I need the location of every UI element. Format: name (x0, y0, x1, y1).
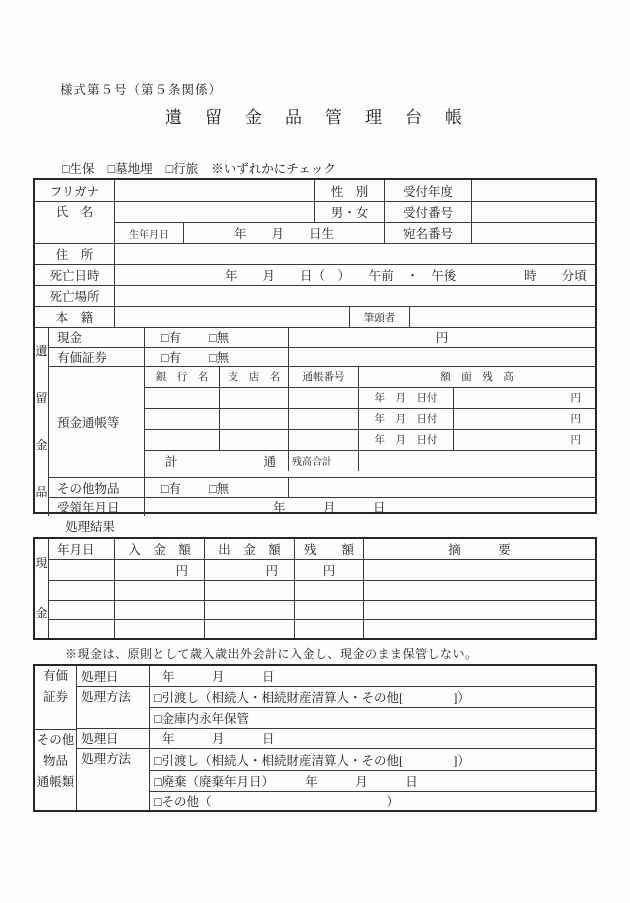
passbook-no-header: 通帳番号 (289, 367, 359, 387)
process-date-label: 処理日 (77, 729, 150, 748)
balance-unit: 円 (295, 560, 364, 580)
other-group-label: その他 物品 通帳類 (35, 729, 77, 810)
belongings-section: 遺 留 金 品 現金 □有 □無 円 有価証券 (35, 327, 595, 516)
passbook-no-field (289, 409, 359, 429)
securities-label: 有価証券 (49, 348, 145, 366)
withdrawal-unit: 円 (205, 560, 295, 580)
other-items-label: その他物品 (49, 478, 145, 497)
deposit-column-header: 入 金 額 (115, 539, 205, 559)
balance-field: 円 (454, 430, 595, 450)
processing-blank-row (49, 580, 595, 599)
other-process-date-field: 年 月 日 (150, 729, 595, 748)
date-cell (49, 560, 115, 580)
death-datetime-row: 死亡日時 年 月 日（ ） 午前 ・ 午後 時 分頃 (35, 264, 595, 285)
birthdate-field: 年 月 日生 (184, 223, 385, 243)
other-process-method-rows: 処理方法 □引渡し（相続人・相続財産清算人・その他[ ]） □廃棄（廃棄年月日）… (77, 748, 595, 810)
securities-field (289, 348, 595, 366)
kouryo-checkbox: □行旅 (166, 159, 199, 177)
main-table: フリガナ 性 別 受付年度 氏 名 男・女 受付番号 生年月日 年 月 日生 宛… (33, 178, 597, 514)
total-cell: 計 通 (145, 451, 289, 471)
household-head-field (410, 307, 595, 327)
bank-field (145, 409, 220, 429)
receipt-date-row: 受領年月日 年 月 日 (49, 497, 595, 516)
fiscal-year-field (472, 180, 595, 201)
processing-section-label: 処理結果 (65, 517, 115, 535)
fiscal-year-label: 受付年度 (385, 180, 472, 201)
death-place-row: 死亡場所 (35, 285, 595, 306)
branch-field (220, 430, 289, 450)
date-field: 年 月 日付 (359, 388, 454, 408)
deposit-unit: 円 (115, 560, 205, 580)
balance-column-header: 残 額 (295, 539, 364, 559)
death-place-label: 死亡場所 (35, 286, 115, 306)
bank-field (145, 388, 220, 408)
branch-field (220, 409, 289, 429)
other-handover-option: □引渡し（相続人・相続財産清算人・その他[ ]） (150, 749, 595, 770)
other-items-has-checkbox: □有 (161, 479, 181, 497)
process-date-label: 処理日 (77, 666, 150, 686)
date-field: 年 月 日付 (359, 430, 454, 450)
branch-field (220, 388, 289, 408)
securities-process-date-field: 年 月 日 (150, 666, 595, 686)
remarks-cell (364, 560, 595, 580)
cash-has-checkbox: □有 (161, 328, 181, 346)
death-place-field (115, 286, 595, 306)
securities-handover-option: □引渡し（相続人・相続財産清算人・その他[ ]） (150, 687, 595, 707)
receipt-no-field (472, 202, 595, 222)
passbook-block: 預金通帳等 銀 行 名 支 店 名 通帳番号 額 面 残 高 年 月 (49, 366, 595, 478)
other-items-row: その他物品 □有 □無 (49, 477, 595, 497)
addressee-no-label: 宛名番号 (385, 223, 472, 243)
securities-none-checkbox: □無 (209, 348, 229, 366)
other-items-none-checkbox: □無 (209, 479, 229, 497)
belongings-side-label: 遺 留 金 品 (35, 328, 49, 516)
balance-total-field (359, 451, 595, 471)
death-date-part: 年 月 日（ ） 午前 ・ 午後 (115, 266, 456, 284)
death-datetime-label: 死亡日時 (35, 265, 115, 285)
form-page: 様式第５号（第５条関係） 遺 留 金 品 管 理 台 帳 □生保 □墓地埋 □行… (0, 0, 630, 903)
securities-group-label: 有価 証券 (35, 666, 77, 729)
total-unit: 通 (263, 452, 276, 470)
other-process-date-row: 処理日 年 月 日 (77, 728, 595, 748)
receipt-no-label: 受付番号 (385, 202, 472, 222)
passbook-row: 年 月 日付 円 (145, 408, 595, 429)
household-head-label: 筆頭者 (350, 307, 410, 327)
addressee-no-field (472, 223, 595, 243)
balance-field: 円 (454, 388, 595, 408)
bochimai-checkbox: □墓地埋 (108, 159, 153, 177)
sex-label: 性 別 (315, 180, 385, 201)
page-title: 遺 留 金 品 管 理 台 帳 (0, 103, 630, 128)
processing-unit-row: 円 円 円 (49, 559, 595, 580)
remarks-column-header: 摘 要 (364, 539, 595, 559)
processing-blank-row (49, 619, 595, 638)
securities-process-method-rows: 処理方法 □引渡し（相続人・相続財産清算人・その他[ ]） □金庫内永年保管 (77, 686, 595, 728)
domicile-field (115, 307, 350, 327)
passbook-no-field (289, 430, 359, 450)
balance-field: 円 (454, 409, 595, 429)
passbook-total-row: 計 通 残高合計 (145, 450, 595, 471)
furigana-row: フリガナ 性 別 受付年度 (35, 180, 595, 201)
process-method-label: 処理方法 (77, 687, 150, 728)
passbook-no-field (289, 388, 359, 408)
disposal-table: 有価 証券 その他 物品 通帳類 処理日 年 月 日 処理方法 □ (33, 664, 597, 812)
receipt-date-field: 年 月 日 (145, 498, 595, 516)
other-discard-option: □廃棄（廃棄年月日） 年 月 日 (150, 770, 595, 791)
other-items-field (289, 478, 595, 497)
withdrawal-column-header: 出 金 額 (205, 539, 295, 559)
form-number: 様式第５号（第５条関係） (60, 80, 222, 98)
other-items-checkboxes: □有 □無 (145, 478, 289, 497)
date-column-header: 年月日 (49, 539, 115, 559)
balance-header: 額 面 残 高 (359, 367, 595, 387)
date-field: 年 月 日付 (359, 409, 454, 429)
processing-header-row: 年月日 入 金 額 出 金 額 残 額 摘 要 (49, 539, 595, 559)
bank-header: 銀 行 名 (145, 367, 220, 387)
seiho-checkbox: □生保 (62, 159, 95, 177)
passbook-header-row: 銀 行 名 支 店 名 通帳番号 額 面 残 高 (145, 367, 595, 387)
passbook-row: 年 月 日付 円 (145, 429, 595, 450)
process-method-label: 処理方法 (77, 749, 150, 810)
bank-field (145, 430, 220, 450)
death-time-part: 時 分頃 (524, 266, 587, 284)
processing-table: 現 金 年月日 入 金 額 出 金 額 残 額 摘 要 円 円 円 (33, 537, 597, 640)
domicile-row: 本 籍 筆頭者 (35, 306, 595, 327)
passbook-label: 預金通帳等 (49, 367, 145, 478)
cash-handling-note: ※現金は、原則として歳入歳出外会計に入金し、現金のまま保管しない。 (65, 645, 478, 662)
securities-process-date-row: 処理日 年 月 日 (77, 666, 595, 686)
processing-blank-row (49, 600, 595, 619)
address-field (115, 244, 595, 264)
domicile-label: 本 籍 (35, 307, 115, 327)
sex-value: 男・女 (315, 202, 385, 222)
birthdate-label: 生年月日 (115, 223, 184, 243)
name-label: 氏 名 (35, 202, 115, 243)
securities-has-checkbox: □有 (161, 348, 181, 366)
balance-total-label: 残高合計 (289, 451, 359, 471)
name-field (115, 202, 315, 222)
processing-side-label: 現 金 (35, 539, 49, 638)
securities-row: 有価証券 □有 □無 (49, 347, 595, 366)
passbook-row: 年 月 日付 円 (145, 387, 595, 408)
branch-header: 支 店 名 (220, 367, 289, 387)
cash-checkboxes: □有 □無 (145, 328, 289, 347)
address-row: 住 所 (35, 243, 595, 264)
death-datetime-field: 年 月 日（ ） 午前 ・ 午後 時 分頃 (115, 265, 595, 285)
cash-amount-field: 円 (289, 328, 595, 347)
securities-checkboxes: □有 □無 (145, 348, 289, 366)
category-note: ※いずれかにチェック (211, 159, 336, 177)
furigana-field (115, 180, 315, 201)
category-checklist: □生保 □墓地埋 □行旅 ※いずれかにチェック (62, 159, 336, 177)
receipt-date-label: 受領年月日 (49, 498, 145, 516)
furigana-label: フリガナ (35, 180, 115, 201)
cash-label: 現金 (49, 328, 145, 347)
cash-row: 現金 □有 □無 円 (49, 328, 595, 347)
cash-none-checkbox: □無 (209, 328, 229, 346)
total-label: 計 (165, 452, 178, 470)
name-birth-rows: 氏 名 男・女 受付番号 生年月日 年 月 日生 宛名番号 (35, 201, 595, 243)
securities-safe-storage-option: □金庫内永年保管 (150, 707, 595, 728)
other-misc-option: □その他（ ） (150, 791, 595, 810)
address-label: 住 所 (35, 244, 115, 264)
